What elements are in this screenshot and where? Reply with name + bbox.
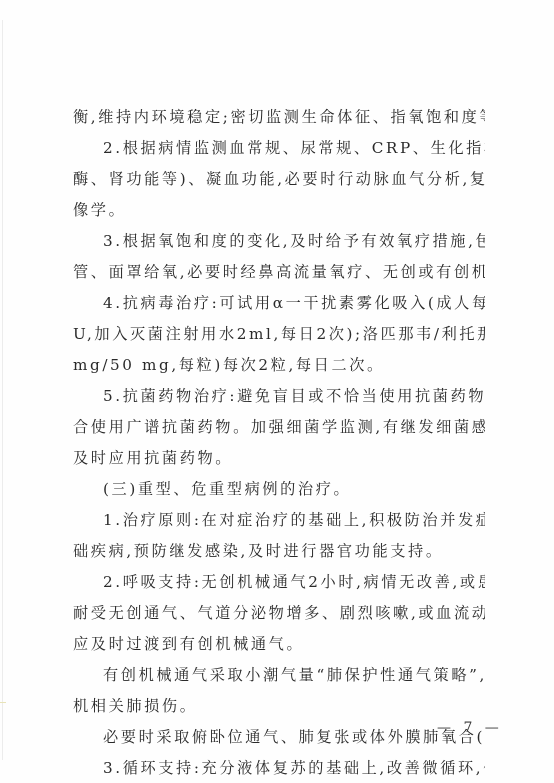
text-line: 合使用广谱抗菌药物。加强细菌学监测,有继发细菌感染证据时 bbox=[73, 414, 485, 445]
text-line: 像学。 bbox=[73, 197, 485, 228]
text-line: 应及时过渡到有创机械通气。 bbox=[73, 631, 485, 662]
page-edge-mark bbox=[0, 702, 6, 703]
text-line: 管、面罩给氧,必要时经鼻高流量氧疗、无创或有创机械通气等。 bbox=[73, 259, 485, 290]
text-line: 2.根据病情监测血常规、尿常规、CRP、生化指标(肝酶、心肌 bbox=[73, 135, 485, 166]
text-line: 础疾病,预防继发感染,及时进行器官功能支持。 bbox=[73, 538, 485, 569]
text-line: 3.根据氧饱和度的变化,及时给予有效氧疗措施,包括鼻导 bbox=[73, 228, 485, 259]
text-line: 5.抗菌药物治疗:避免盲目或不恰当使用抗菌药物,尤其是联 bbox=[73, 383, 485, 414]
text-line: 酶、肾功能等)、凝血功能,必要时行动脉血气分析,复查胸部影 bbox=[73, 166, 485, 197]
text-line: mg/50 mg,每粒)每次2粒,每日二次。 bbox=[73, 352, 485, 383]
document-page: 衡,维持内环境稳定;密切监测生命体征、指氧饱和度等。 2.根据病情监测血常规、尿… bbox=[0, 0, 554, 783]
text-line: 耐受无创通气、气道分泌物增多、剧烈咳嗽,或血流动力学不稳定, bbox=[73, 600, 485, 631]
page-edge-shadow bbox=[2, 20, 3, 760]
text-line: 2.呼吸支持:无创机械通气2小时,病情无改善,或患者不能 bbox=[73, 569, 485, 600]
page-number: — 7 — bbox=[437, 720, 503, 736]
text-line: 衡,维持内环境稳定;密切监测生命体征、指氧饱和度等。 bbox=[73, 104, 485, 135]
text-line: 4.抗病毒治疗:可试用α一干扰素雾化吸入(成人每次500万 bbox=[73, 290, 485, 321]
text-line: 及时应用抗菌药物。 bbox=[73, 445, 485, 476]
text-line: 1.治疗原则:在对症治疗的基础上,积极防治并发症,治疗基 bbox=[73, 507, 485, 538]
body-text: 衡,维持内环境稳定;密切监测生命体征、指氧饱和度等。 2.根据病情监测血常规、尿… bbox=[73, 104, 485, 783]
text-line: U,加入灭菌注射用水2ml,每日2次);洛匹那韦/利托那韦(200 bbox=[73, 321, 485, 352]
text-line: 机相关肺损伤。 bbox=[73, 693, 485, 724]
section-heading: (三)重型、危重型病例的治疗。 bbox=[73, 476, 485, 507]
text-line: 必要时采取俯卧位通气、肺复张或体外膜肺氧合(ECMO)等。 bbox=[73, 724, 485, 755]
text-line: 有创机械通气采取小潮气量“肺保护性通气策略”,降低呼吸 bbox=[73, 662, 485, 693]
text-line: 3.循环支持:充分液体复苏的基础上,改善微循环,使用血管 bbox=[73, 755, 485, 783]
